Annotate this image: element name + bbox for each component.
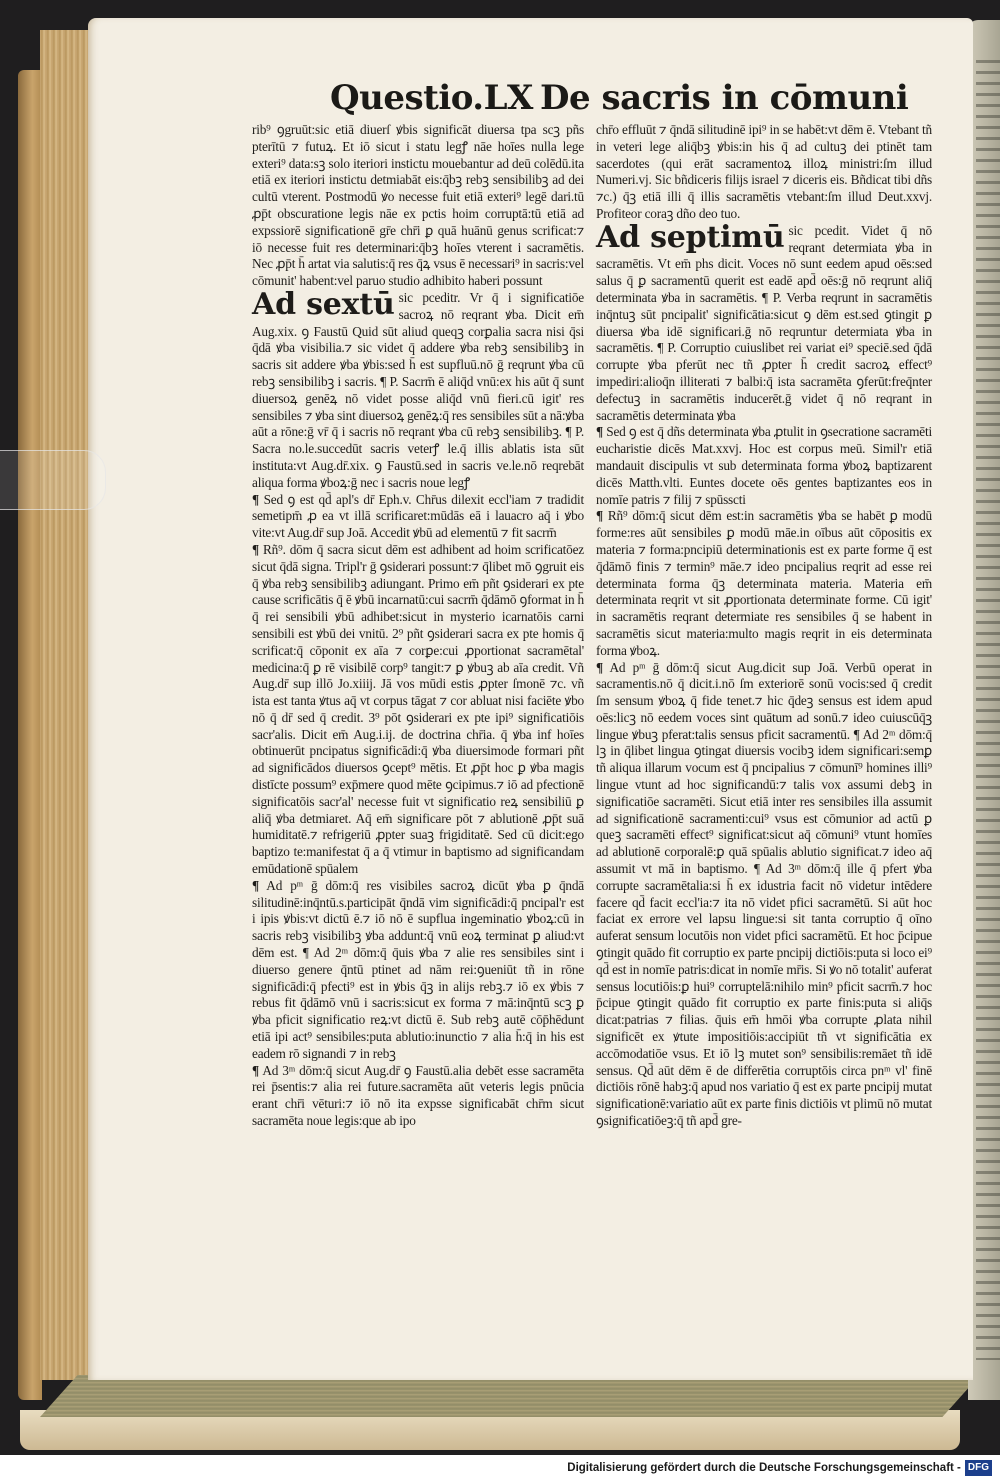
bookmark-tab <box>0 450 106 510</box>
question-number: Questio.LX <box>330 78 533 118</box>
paragraph-text: Sed ꝯ est qd̄ apl's dr̄ Eph.v. Chr̄us di… <box>252 492 584 541</box>
paragraph: ¶ Ad pᵐ ḡ dōm:q̄ sicut Aug.dicit sup Joā… <box>596 660 932 1130</box>
decorated-initial: Ad sextū <box>252 292 395 318</box>
paragraph: rib⁹ ꝯgruūt:sic etiā diuerſ ꝟbis signifi… <box>252 122 584 290</box>
section-title: De sacris in cōmuni <box>540 78 908 118</box>
paragraph-text: rib⁹ ꝯgruūt:sic etiā diuerſ ꝟbis signifi… <box>252 122 584 288</box>
footer-credit: Digitalisierung gefördert durch die Deut… <box>567 1457 992 1479</box>
dfg-logo-icon: DFG <box>965 1460 992 1476</box>
paragraph-text: Rñ⁹ dōm:q̄ sicut dēm est:in sacramētis ꝟ… <box>596 508 932 657</box>
pilcrow-icon: ¶ <box>596 508 603 523</box>
pilcrow-icon: ¶ <box>252 492 259 507</box>
book-cover-left <box>18 70 42 1400</box>
page-edges-left <box>40 30 92 1380</box>
text-column-left: rib⁹ ꝯgruūt:sic etiā diuerſ ꝟbis signifi… <box>252 122 584 1130</box>
paragraph-text: Rñ⁹. dōm q̄ sacra sicut dēm est adhibent… <box>252 542 584 876</box>
paragraph: ¶ Rñ⁹. dōm q̄ sacra sicut dēm est adhibe… <box>252 542 584 878</box>
pilcrow-icon: ¶ <box>252 1063 259 1078</box>
pilcrow-icon: ¶ <box>252 878 259 893</box>
running-header: Questio.LX De sacris in cōmuni <box>0 78 1000 118</box>
paragraph: ¶ Rñ⁹ dōm:q̄ sicut dēm est:in sacramētis… <box>596 508 932 659</box>
text-column-right: chr̄o effluūt ⁊ q̄ndā silitudinē ipi⁹ in… <box>596 122 932 1130</box>
pilcrow-icon: ¶ <box>596 424 603 439</box>
paragraph: Ad sextūsic pceditr. Vr q̄ i significati… <box>252 290 584 492</box>
paragraph: ¶ Sed ꝯ est qd̄ apl's dr̄ Eph.v. Chr̄us … <box>252 492 584 542</box>
paragraph-text: Sed ꝯ est q̄ dñs determinata ꝟba ꝓtulit … <box>596 424 932 506</box>
paragraph: Ad septimūsic pcedit. Videt q̄ nō reqran… <box>596 223 932 425</box>
paragraph-text: Ad pᵐ ḡ dōm:q̄ sicut Aug.dicit sup Joā. … <box>596 660 932 1129</box>
paragraph: ¶ Sed ꝯ est q̄ dñs determinata ꝟba ꝓtuli… <box>596 424 932 508</box>
paragraph: ¶ Ad 3ᵐ dōm:q̄ sicut Aug.dr̄ ꝯ Faustū.al… <box>252 1063 584 1130</box>
paragraph-text: Ad pᵐ ḡ dōm:q̄ res visibiles sacroꝝ dicū… <box>252 878 584 1061</box>
paragraph: ¶ Ad pᵐ ḡ dōm:q̄ res visibiles sacroꝝ di… <box>252 878 584 1063</box>
paragraph-text: chr̄o effluūt ⁊ q̄ndā silitudinē ipi⁹ in… <box>596 122 932 221</box>
paragraph: chr̄o effluūt ⁊ q̄ndā silitudinē ipi⁹ in… <box>596 122 932 223</box>
pilcrow-icon: ¶ <box>596 660 603 675</box>
paragraph-text: Ad 3ᵐ dōm:q̄ sicut Aug.dr̄ ꝯ Faustū.alia… <box>252 1063 584 1128</box>
funding-credit-text: Digitalisierung gefördert durch die Deut… <box>567 1462 961 1474</box>
adjacent-page-text <box>976 60 1000 1360</box>
page-edges-bottom <box>40 1375 980 1417</box>
book-scan: Questio.LX De sacris in cōmuni rib⁹ ꝯgru… <box>0 0 1000 1455</box>
decorated-initial: Ad septimū <box>596 225 784 251</box>
pilcrow-icon: ¶ <box>252 542 259 557</box>
